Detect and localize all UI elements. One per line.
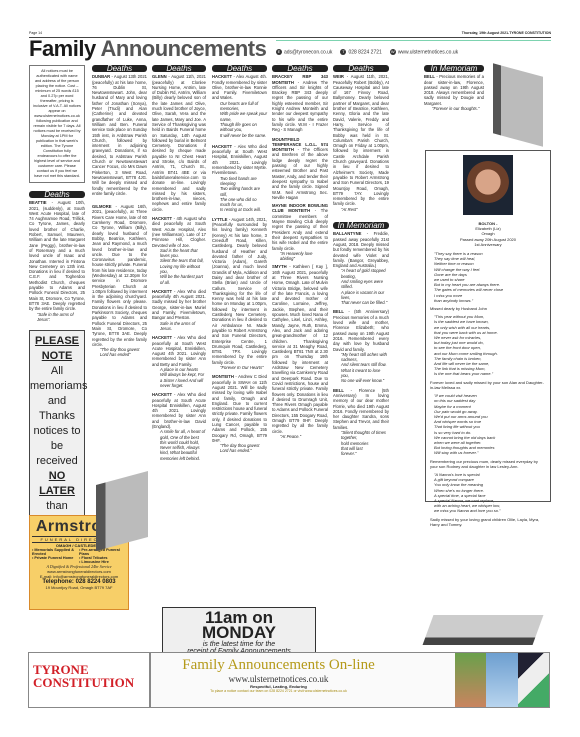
detail: 1st Anniversary — [430, 242, 546, 247]
verse-block: "This year without you Mum,Is the saddes… — [434, 314, 546, 376]
verse: "At Rest" — [333, 207, 389, 212]
name: BELL — [333, 388, 344, 393]
body: - The Officers and Brethren of the above… — [272, 147, 328, 200]
verse: Will be the hardest part of all. — [152, 274, 206, 285]
name: HACKETT — [152, 216, 172, 221]
verse-line: than anybody knows." — [434, 298, 546, 303]
notice-beattie: BEATTIE - August 10th, 2021, (suddenly),… — [29, 200, 85, 311]
portrait-photo — [463, 155, 513, 215]
verse: "The day thou gavest Lord has ended." — [212, 443, 267, 454]
ad-line: is the latest time for the — [163, 641, 315, 648]
deaths-heading: Deaths — [152, 65, 206, 72]
tyrone-constitution-logo: TYRONE CONSTITUTION — [28, 652, 150, 708]
verse: "At Peace." — [272, 434, 328, 439]
notice-hackett: HACKETT - Alex August 4th. Fondly rememb… — [212, 74, 267, 100]
verse-line: we miss you Nanna and love you so." — [434, 508, 546, 513]
body: - August 16th, 2021, (peacefully), at Th… — [92, 204, 147, 347]
notice-weir: WEIR - August 11th, 2021, Peacefully Rob… — [333, 74, 389, 206]
verse: Safe in the arms of Jesus. — [152, 321, 206, 332]
column-1: All notices must be authenticated with n… — [29, 65, 85, 548]
body: - August 11th, 2021, Peacefully Robert (… — [333, 74, 389, 206]
verse: That never can be filled." — [333, 300, 389, 305]
verse: What it meant to lose you, — [333, 368, 389, 379]
bolton-memorial: BOLTON - Elizabeth (Liz) Omagh Passed aw… — [425, 150, 551, 502]
page-number: Page 14 — [29, 31, 42, 35]
verse: The one who did so much for us, — [212, 197, 267, 208]
pn-line: notices to — [30, 424, 84, 439]
verse: "Forever In Our Hearts" — [212, 365, 267, 370]
name: MONTEITH — [212, 374, 234, 379]
ad-contact: To place a notice contact our team on 02… — [151, 689, 406, 693]
phone-icon: T — [340, 49, 346, 55]
memoriam-heading: In Memoriam — [424, 65, 484, 72]
name: GLENN — [152, 74, 167, 79]
deaths-heading: Deaths — [92, 65, 147, 72]
logo-line: CONSTITUTION — [33, 676, 145, 689]
advert-addr: 19 Mountjoy Road, Omagh BT79 7AF — [32, 585, 126, 590]
column-6: Deaths WEIR - August 11th, 2021, Peacefu… — [333, 65, 389, 456]
title-word-1: Family — [29, 36, 96, 61]
name: HACKETT — [212, 74, 232, 79]
column-2: Deaths DUNBAR - August 13th 2021 (peacef… — [92, 65, 147, 358]
website-text: www.ulsternetnotices.co.uk — [398, 49, 458, 55]
verse: And smiling eyes were stilled. — [333, 279, 389, 290]
verse: "My heart still aches with sadness, — [333, 352, 389, 363]
body: - Freddie, passed away peacefully 21st A… — [333, 231, 389, 268]
verse: "The day thou gavest Lord has ended" — [92, 347, 147, 358]
column-3: Deaths GLENN - August 11th, 2021 (peacef… — [152, 65, 206, 461]
ad-line: MONDAY — [163, 625, 315, 641]
verse: "Safe in the arms of Jesus". — [29, 312, 85, 323]
verse: A smile for all, A heart of gold, One of… — [152, 429, 206, 461]
phone-link[interactable]: T028 8224 2721 — [340, 49, 381, 55]
name: HACKETT — [212, 144, 232, 149]
verse: Loving my life without you, — [152, 264, 206, 275]
pn-line: be received — [30, 439, 84, 469]
lily-photo — [518, 653, 549, 707]
notice-glenn: GLENN - August 11th, 2021 (peacefully) a… — [152, 74, 206, 212]
notice-hackett: HACKETT - Alex Who died peacefully 4th A… — [152, 289, 206, 321]
body: - August 10th, 2021, (suddenly), at Sout… — [29, 200, 85, 311]
title-word-2: Announcements — [101, 36, 267, 61]
notice-lyttle: LYTTLE - August 14th, 2021, (Peacefully … — [212, 217, 267, 365]
verse: Two tired hands are sleeping — [212, 176, 267, 187]
page-title: Family Announcements — [29, 36, 266, 62]
notice-terms: All notices must be authenticated with n… — [29, 65, 85, 183]
verse-line: Is the one that bears your name." — [434, 371, 546, 376]
tribute: Sadly missed by your loving grand childr… — [430, 517, 546, 527]
email-link[interactable]: Eads@tyronecon.co.uk — [276, 49, 332, 55]
deaths-heading: Deaths — [212, 65, 267, 72]
pn-line: than — [30, 499, 84, 514]
name: BALLANTYNE — [333, 231, 361, 236]
body: - Alex Who died peacefully 4th August 20… — [152, 289, 206, 320]
pn-line: and Thanks — [30, 394, 84, 424]
body: - August 13th 2021 (peacefully) at his l… — [92, 74, 147, 196]
notice-dunbar: DUNBAR - August 13th 2021 (peacefully) a… — [92, 74, 147, 196]
online-advert[interactable]: Family Announcements On-line www.ulstern… — [150, 652, 550, 708]
phone-text: 028 8224 2721 — [348, 49, 381, 55]
deaths-heading: Deaths — [333, 65, 389, 72]
ad-photos — [455, 653, 549, 707]
dateline: Thursday, 19th August 2021-TYRONE CONSTI… — [462, 31, 551, 35]
notice-monteith: MONTEITH - Andrew C Died peacefully in S… — [212, 374, 267, 443]
body: - August 14th, 2021, (Peacefully surroun… — [212, 217, 267, 365]
notice-mayne: MAYNE INDOOR BOWLING CLUB MONTEITH - The… — [272, 203, 328, 251]
column-5: Deaths BRACKEY RBP 343 MONTEITH - Andrew… — [272, 65, 328, 439]
pn-line: NO LATER — [30, 469, 84, 499]
notice-hackett: HACKETT - Alex Who died peacefully at So… — [212, 144, 267, 176]
verse: "Silent thoughts of times together, — [333, 430, 389, 441]
email-icon: E — [276, 49, 282, 55]
notice-gilmore: GILMORE - August 16th, 2021, (peacefully… — [92, 204, 147, 347]
dove-photo — [486, 653, 517, 707]
verse: And silent tears still flow. — [333, 362, 389, 367]
deaths-heading: Deaths — [29, 191, 85, 198]
verse: Is resting at Gods will. — [212, 207, 267, 212]
ad-title: Family Announcements On-line — [151, 657, 406, 674]
web-icon: W — [390, 49, 396, 55]
verse: Sad is the heart that loves you. — [152, 248, 206, 259]
verse: Though life goes on without you, — [212, 122, 267, 133]
verse: A place in our hearts Will always be kep… — [152, 367, 206, 388]
notice-hackett: HACKETT - 4th August who died peacefully… — [152, 216, 206, 248]
name: SMYTH — [272, 264, 287, 269]
service-item: • Memorials Supplied & Erected — [32, 548, 79, 556]
verse-block: "They say there is a reasonThey say time… — [434, 251, 546, 303]
column-7: In Memoriam BELL - Precious memories of … — [424, 65, 484, 111]
name: BELL — [424, 74, 435, 79]
notice-bell: BELL - Precious memories of a dear siste… — [424, 74, 484, 106]
deaths-heading: Deaths — [272, 65, 328, 72]
verse: Two willing hands are still, — [212, 186, 267, 197]
verse: A place is vacant in our lives, — [333, 290, 389, 301]
body: - Florence (5th Anniversary) In loving m… — [333, 388, 389, 430]
email-text: ads@tyronecon.co.uk — [284, 49, 332, 55]
verse: Silent the tears that fall, — [152, 258, 206, 263]
memoriam-heading: In Memoriam — [333, 222, 389, 229]
verse: No one will ever know." — [333, 378, 389, 383]
body: - August 11th, 2021 (peacefully) at Clon… — [152, 74, 206, 211]
body: - Andrew The Officers and Sir knights of… — [272, 80, 328, 133]
body: - The committee members of Mayne Bowling… — [272, 208, 328, 250]
body: - Precious memories of a dear sister-in-… — [424, 74, 484, 105]
pn-line: NOTE — [30, 349, 84, 364]
bible-icon — [423, 615, 544, 645]
verse: "A heart of gold stopped beating, — [333, 268, 389, 279]
tribute: Missed dearly by Husband John — [430, 306, 546, 311]
notice-hackett: HACKETT - Alex Who died peacefully at So… — [152, 392, 206, 429]
name: HACKETT — [152, 335, 172, 340]
notice-smyth: SMYTH - Kathleen [ Kay ], 16th August 20… — [272, 264, 328, 434]
verse: With pride we speak your name, — [212, 111, 267, 122]
pn-line: PLEASE — [30, 334, 84, 349]
notice-mountfield: MOUNTFIELD TEMPERANCE L.O.L. 574 MONTEIT… — [272, 137, 328, 201]
tribute: Remembering our precious mum, dearly mis… — [430, 459, 546, 469]
verse: "Forever in our thoughts." — [424, 106, 484, 111]
verse: Our hearts are full of memories, — [212, 101, 267, 112]
name: BELL — [333, 309, 344, 314]
family-photo — [455, 653, 486, 707]
verse: "In Heavenly love abiding" — [272, 251, 328, 262]
name: LYTTLE — [212, 217, 227, 222]
notice-brackey: BRACKEY RBP 343 MONTEITH - Andrew The Of… — [272, 74, 328, 132]
name: GILMORE — [92, 204, 112, 209]
name: BEATTIE — [29, 200, 47, 205]
pn-line: All memoriams — [30, 364, 84, 394]
ad-url[interactable]: www.ulsternetnotices.co.uk — [151, 674, 406, 684]
contact-bar: Eads@tyronecon.co.uk T028 8224 2721 Wwww… — [276, 40, 551, 55]
bible-icon — [493, 63, 543, 146]
name: WEIR — [333, 74, 344, 79]
verse-block: "If we could visit heavenon this our sad… — [434, 393, 546, 455]
body: - Andrew C Died peacefully in SWAH on 11… — [212, 374, 267, 443]
body: - (5th Anniversary) Precious memories of… — [333, 309, 389, 351]
body: - 4th August who died peacefully at Sout… — [152, 216, 206, 247]
verse: forever." — [333, 451, 389, 456]
notice-bell: BELL - (5th Anniversary) Precious memori… — [333, 309, 389, 351]
body: - Alex Who died peacefully at South West… — [212, 144, 267, 175]
body: - Kathleen [ Kay ], 16th August 2021, pe… — [272, 264, 328, 433]
tribute: Forever loved and sadly missed by your s… — [430, 380, 546, 390]
verse-block: "A Nanna's love is specialA gift beyond … — [434, 472, 546, 514]
name: DUNBAR — [92, 74, 110, 79]
verse-line: Will stay with us forever." — [434, 450, 546, 455]
body: - Alex Who died peacefully at South Acut… — [152, 392, 206, 429]
name: HACKETT — [152, 392, 172, 397]
column-4: Deaths HACKETT - Alex August 4th. Fondly… — [212, 65, 267, 454]
notice-bell: BELL - Florence (5th Anniversary) In lov… — [333, 388, 389, 430]
website-link[interactable]: Wwww.ulsternetnotices.co.uk — [390, 49, 458, 55]
verse: It will never be the same. — [212, 133, 267, 138]
notice-ballantyne: BALLANTYNE - Freddie, passed away peacef… — [333, 231, 389, 268]
bible-icon — [96, 471, 148, 551]
body: - Alex Who died peacefully at South West… — [152, 335, 206, 366]
notice-hackett: HACKETT - Alex Who died peacefully at So… — [152, 335, 206, 367]
name: HACKETT — [152, 289, 172, 294]
